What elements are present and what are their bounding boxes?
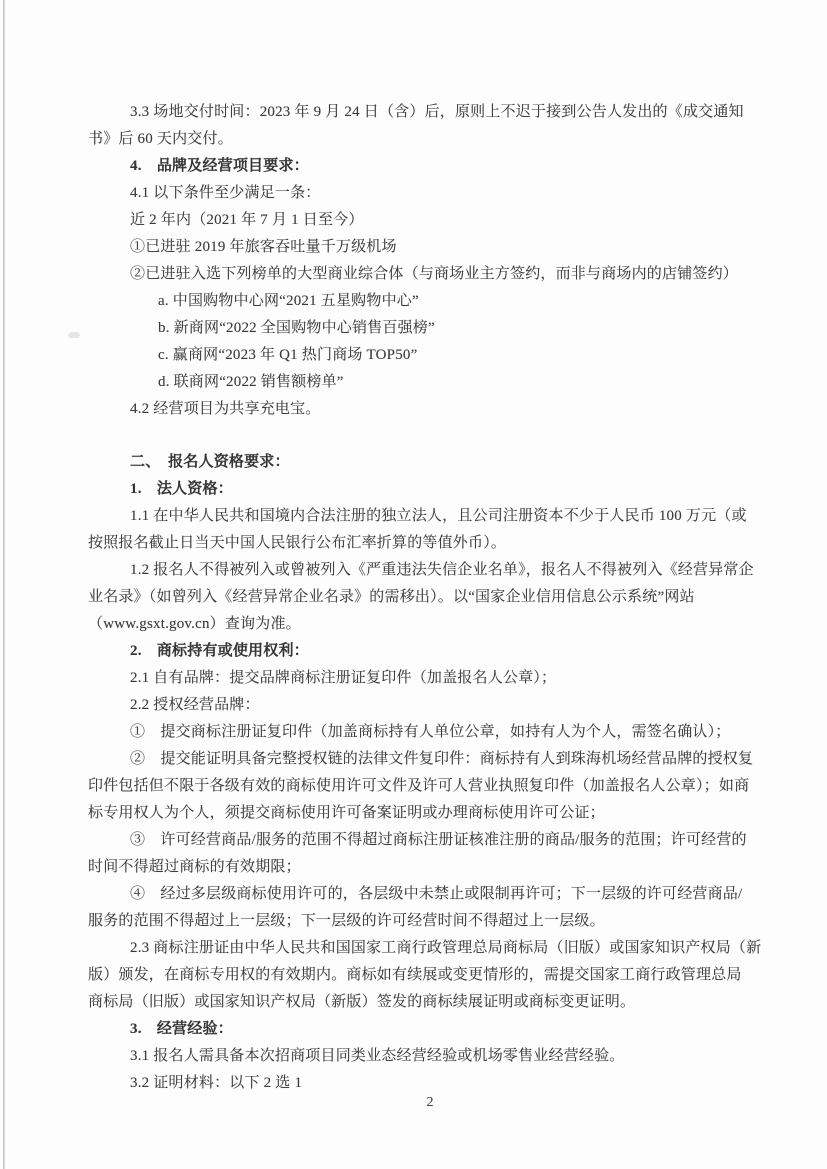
section-heading: 1. 法人资格： [88, 476, 748, 503]
list-item: d. 联商网“2022 销售额榜单” [88, 369, 748, 396]
text-line: ②已进驻入选下列榜单的大型商业综合体（与商场业主方签约，而非与商场内的店铺签约） [88, 261, 748, 288]
text-line: 近 2 年内（2021 年 7 月 1 日至今） [88, 207, 748, 234]
text-line: ① 提交商标注册证复印件（加盖商标持有人单位公章，如持有人为个人，需签名确认）； [88, 719, 748, 746]
text-line: 按照报名截止日当天中国人民银行公布汇率折算的等值外币）。 [88, 530, 748, 557]
section-heading: 4. 品牌及经营项目要求： [88, 153, 748, 180]
text-line: 商标局（旧版）或国家知识产权局（新版）签发的商标续展证明或商标变更证明。 [88, 989, 748, 1016]
text-line: 2.1 自有品牌：提交品牌商标注册证复印件（加盖报名人公章）； [88, 665, 748, 692]
text-line: 书》后 60 天内交付。 [88, 126, 748, 153]
text-line: 2.2 授权经营品牌： [88, 692, 748, 719]
scan-edge-line [3, 0, 5, 1169]
text-line: ④ 经过多层级商标使用许可的，各层级中未禁止或限制再许可；下一层级的许可经营商品… [88, 881, 748, 908]
text-line: 业名录》（如曾列入《经营异常企业名录》的需移出）。以“国家企业信用信息公示系统”… [88, 584, 748, 611]
section-heading: 3. 经营经验： [88, 1016, 748, 1043]
list-item: b. 新商网“2022 全国购物中心销售百强榜” [88, 315, 748, 342]
text-line: 4.2 经营项目为共享充电宝。 [88, 396, 748, 423]
text-line: 3.3 场地交付时间：2023 年 9 月 24 日（含）后，原则上不迟于接到公… [88, 99, 748, 126]
text-line: 2.3 商标注册证由中华人民共和国国家工商行政管理总局商标局（旧版）或国家知识产… [88, 935, 748, 962]
text-line: 4.1 以下条件至少满足一条： [88, 180, 748, 207]
text-line: 印件包括但不限于各级有效的商标使用许可文件及许可人营业执照复印件（加盖报名人公章… [88, 773, 748, 800]
text-line: 服务的范围不得超过上一层级；下一层级的许可经营时间不得超过上一层级。 [88, 908, 748, 935]
document-body: 3.3 场地交付时间：2023 年 9 月 24 日（含）后，原则上不迟于接到公… [88, 99, 748, 1097]
text-line: 3.2 证明材料：以下 2 选 1 [88, 1070, 748, 1097]
section-heading: 二、 报名人资格要求： [88, 449, 748, 476]
text-line: ①已进驻 2019 年旅客吞吐量千万级机场 [88, 234, 748, 261]
text-line: 1.2 报名人不得被列入或曾被列入《严重违法失信企业名单》，报名人不得被列入《经… [88, 557, 748, 584]
text-line: 标专用权人为个人，须提交商标使用许可备案证明或办理商标使用许可公证； [88, 800, 748, 827]
text-line: 版）颁发，在商标专用权的有效期内。商标如有续展或变更情形的，需提交国家工商行政管… [88, 962, 748, 989]
text-line: ③ 许可经营商品/服务的范围不得超过商标注册证核准注册的商品/服务的范围；许可经… [88, 827, 748, 854]
text-line: 3.1 报名人需具备本次招商项目同类业态经营经验或机场零售业经营经验。 [88, 1043, 748, 1070]
text-line: 时间不得超过商标的有效期限； [88, 854, 748, 881]
section-heading: 2. 商标持有或使用权利： [88, 638, 748, 665]
page-number: 2 [0, 1094, 827, 1112]
list-item: c. 赢商网“2023 年 Q1 热门商场 TOP50” [88, 342, 748, 369]
text-line: （www.gsxt.gov.cn）查询为准。 [88, 611, 748, 638]
text-line: 1.1 在中华人民共和国境内合法注册的独立法人，且公司注册资本不少于人民币 10… [88, 503, 748, 530]
list-item: a. 中国购物中心网“2021 五星购物中心” [88, 288, 748, 315]
document-page: 3.3 场地交付时间：2023 年 9 月 24 日（含）后，原则上不迟于接到公… [0, 0, 827, 1169]
text-line: ② 提交能证明具备完整授权链的法律文件复印件：商标持有人到珠海机场经营品牌的授权… [88, 746, 748, 773]
scan-artifact [68, 332, 80, 338]
